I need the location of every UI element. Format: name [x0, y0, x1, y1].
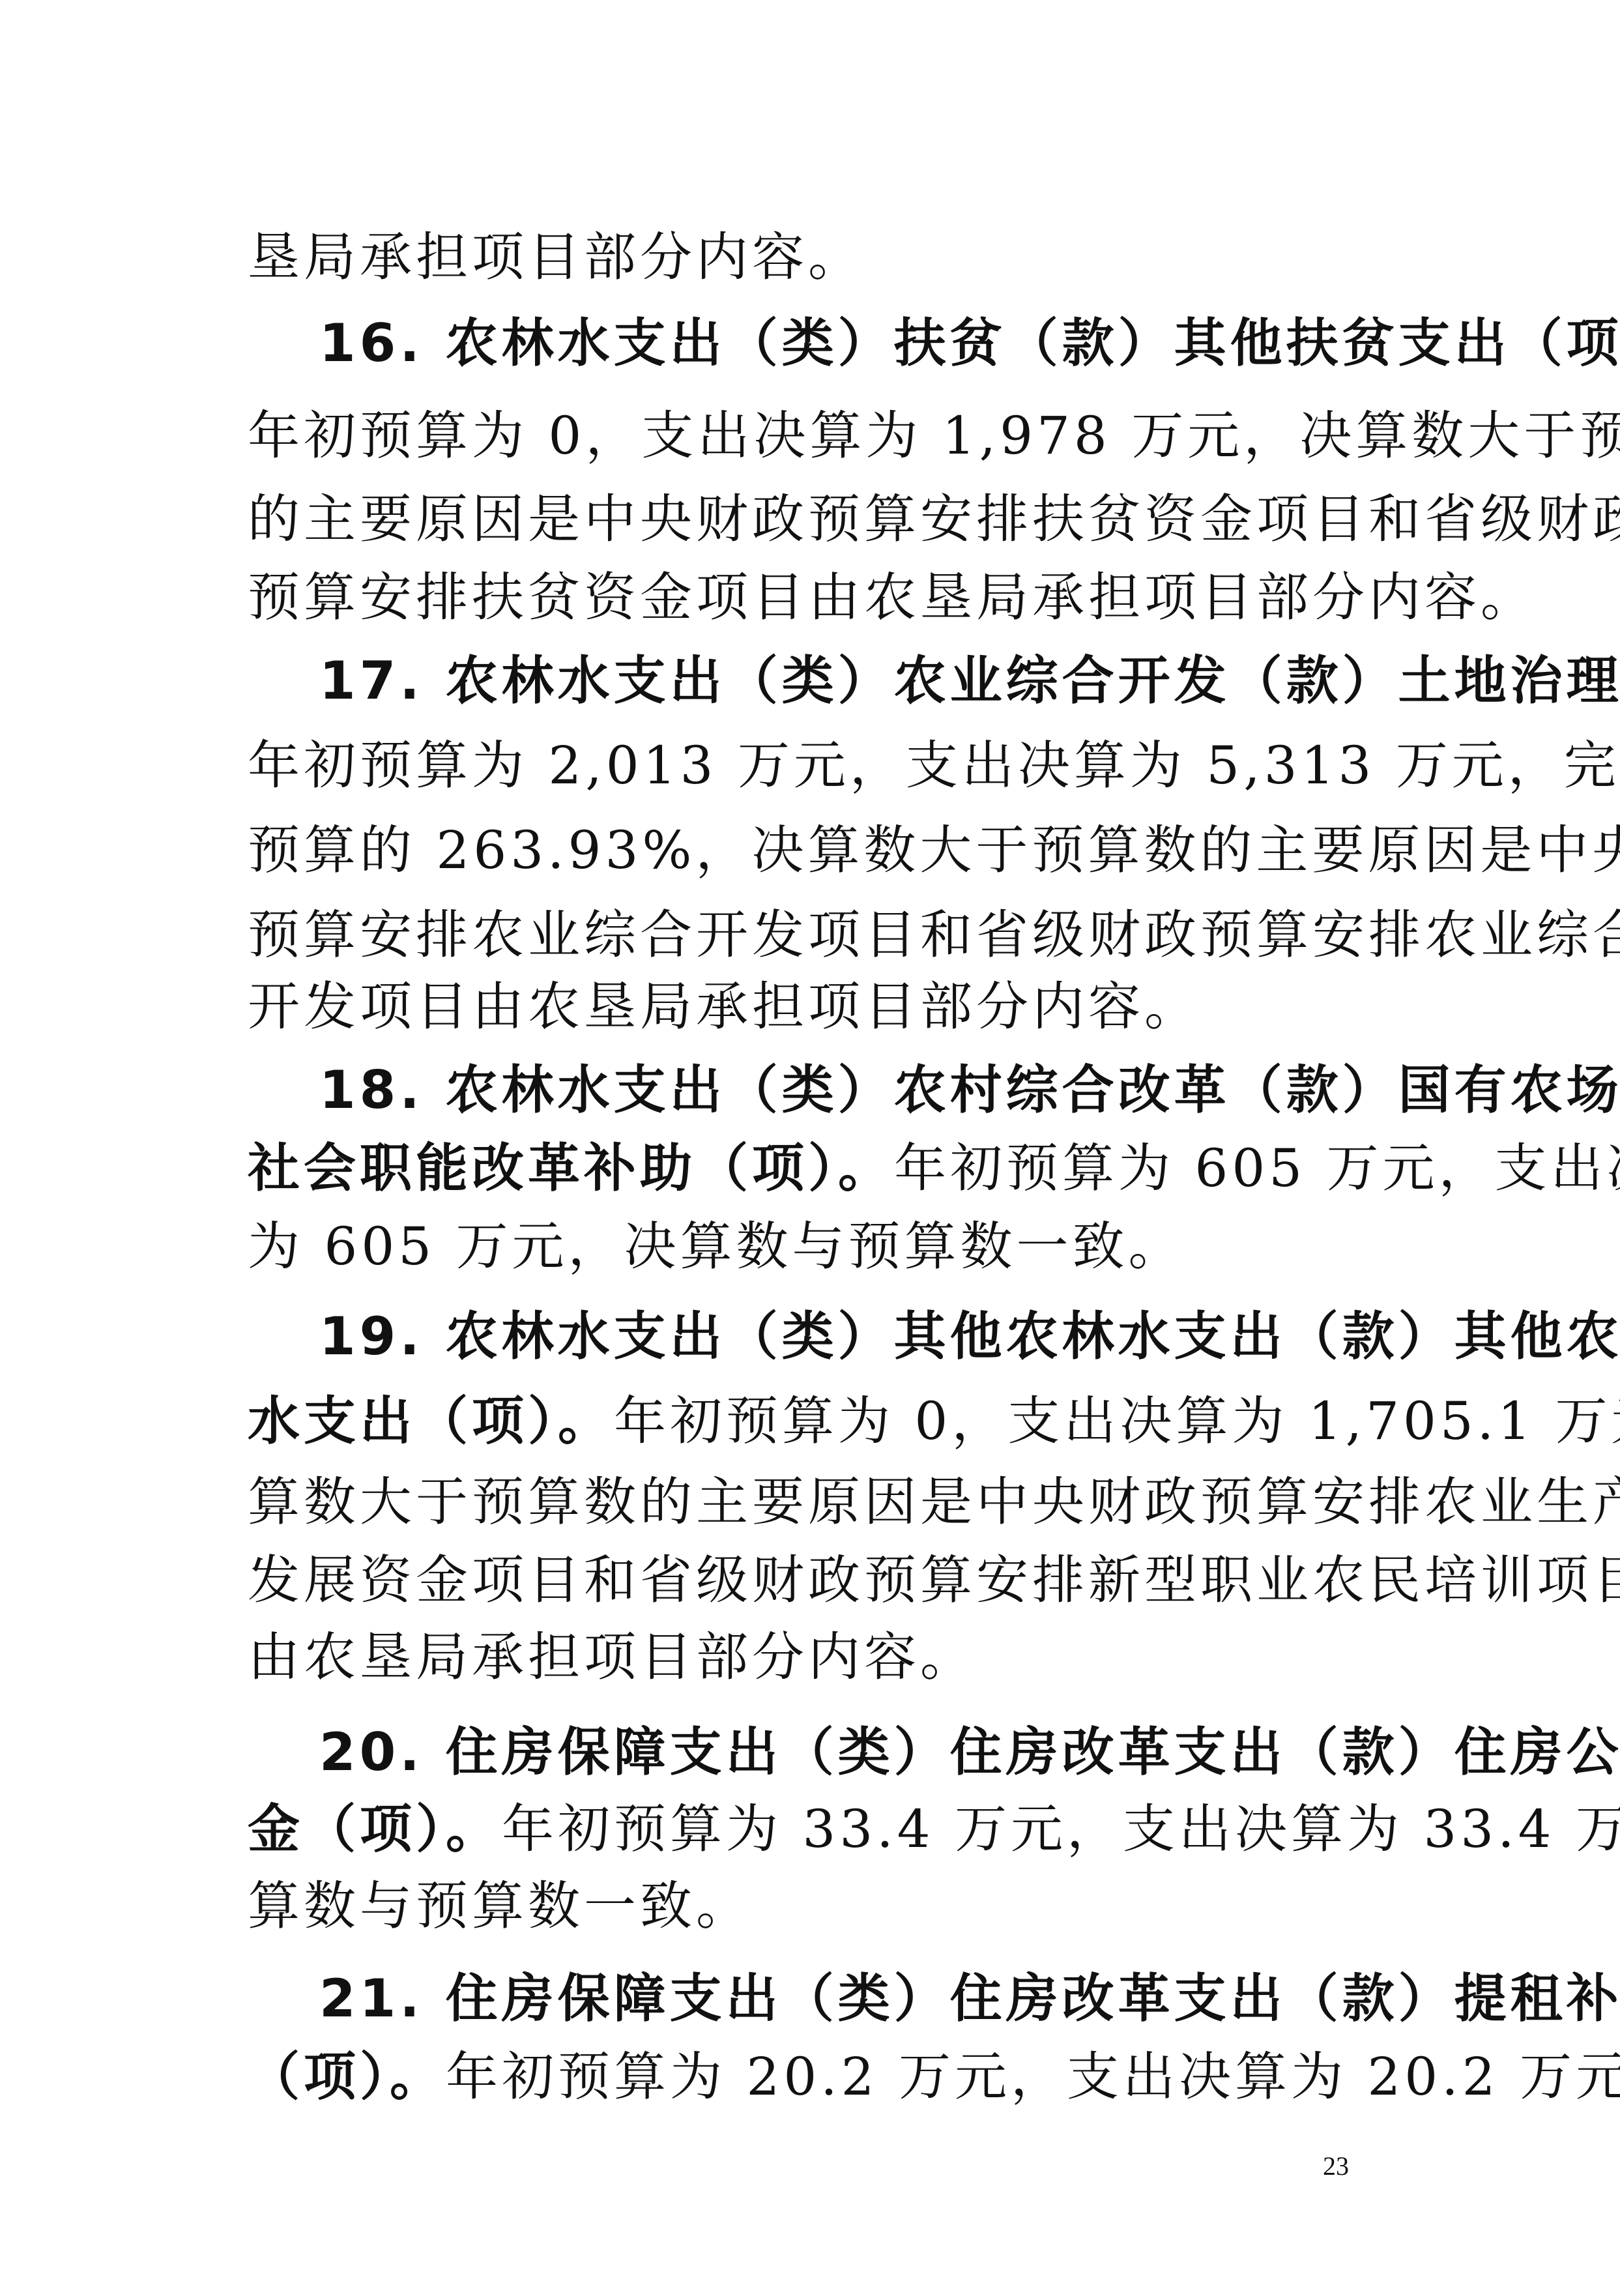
section-heading-tail: 金（项）。: [248, 1799, 502, 1859]
section-heading-line: 16. 农林水支出（类）扶贫（款）其他扶贫支出（项）。: [319, 308, 1395, 379]
paragraph-line: 金（项）。年初预算为 33.4 万元，支出决算为 33.4 万元，决: [248, 1794, 1395, 1865]
paragraph-line: 发展资金项目和省级财政预算安排新型职业农民培训项目: [248, 1545, 1395, 1616]
paragraph-line: 年初预算为 0，支出决算为 1,978 万元，决算数大于预算数: [248, 400, 1395, 472]
section-heading-line: 19. 农林水支出（类）其他农林水支出（款）其他农林: [319, 1301, 1395, 1373]
paragraph-text: 年初预算为 0，支出决算为 1,705.1 万元，决: [614, 1391, 1620, 1451]
paragraph-line: （项）。年初预算为 20.2 万元，支出决算为 20.2 万元，决算: [248, 2041, 1395, 2113]
paragraph-line: 社会职能改革补助（项）。年初预算为 605 万元，支出决算: [248, 1133, 1395, 1204]
paragraph-line: 水支出（项）。年初预算为 0，支出决算为 1,705.1 万元，决: [248, 1386, 1395, 1457]
section-heading-tail: （项）。: [248, 2046, 446, 2107]
paragraph-line: 开发项目由农垦局承担项目部分内容。: [248, 971, 1395, 1043]
paragraph-line: 算数与预算数一致。: [248, 1870, 1395, 1942]
section-heading-tail: 水支出（项）。: [248, 1391, 614, 1451]
section-heading-line: 18. 农林水支出（类）农村综合改革（款）国有农场办: [319, 1054, 1395, 1126]
document-page: 垦局承担项目部分内容。16. 农林水支出（类）扶贫（款）其他扶贫支出（项）。年初…: [0, 0, 1620, 2296]
section-heading-line: 17. 农林水支出（类）农业综合开发（款）土地治理（项）。: [319, 645, 1395, 717]
section-heading-line: 21. 住房保障支出（类）住房改革支出（款）提租补贴: [319, 1963, 1395, 2035]
section-heading-line: 20. 住房保障支出（类）住房改革支出（款）住房公积: [319, 1717, 1395, 1788]
section-heading-tail: 社会职能改革补助（项）。: [248, 1138, 894, 1199]
paragraph-text: 年初预算为 20.2 万元，支出决算为 20.2 万元，决算: [446, 2046, 1620, 2107]
paragraph-line: 为 605 万元，决算数与预算数一致。: [248, 1211, 1395, 1283]
paragraph-text: 年初预算为 605 万元，支出决算: [894, 1138, 1620, 1199]
paragraph-line: 垦局承担项目部分内容。: [248, 222, 1395, 293]
paragraph-text: 年初预算为 33.4 万元，支出决算为 33.4 万元，决: [502, 1799, 1620, 1859]
paragraph-line: 算数大于预算数的主要原因是中央财政预算安排农业生产: [248, 1466, 1395, 1538]
paragraph-line: 预算安排扶贫资金项目由农垦局承担项目部分内容。: [248, 562, 1395, 633]
paragraph-line: 预算的 263.93%，决算数大于预算数的主要原因是中央财政: [248, 815, 1395, 886]
page-number: 23: [1323, 2151, 1349, 2181]
paragraph-line: 的主要原因是中央财政预算安排扶贫资金项目和省级财政: [248, 484, 1395, 555]
paragraph-line: 由农垦局承担项目部分内容。: [248, 1621, 1395, 1693]
paragraph-line: 预算安排农业综合开发项目和省级财政预算安排农业综合: [248, 899, 1395, 971]
paragraph-line: 年初预算为 2,013 万元，支出决算为 5,313 万元，完成年初: [248, 730, 1395, 802]
